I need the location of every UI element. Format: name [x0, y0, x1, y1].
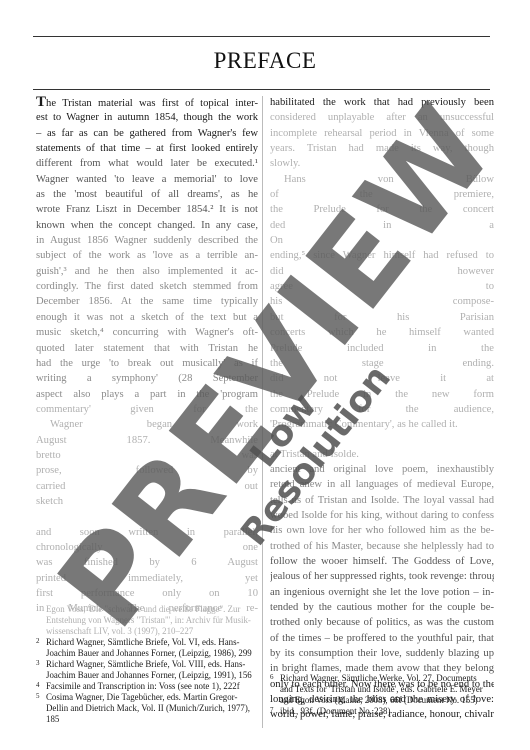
text-line: The Tristan material was first of topica… [36, 95, 258, 110]
text-line: chronologically one [36, 540, 258, 555]
text-line: first performance only on 10 [36, 586, 258, 601]
text-line: ancient and original love poem, inexhaus… [270, 462, 494, 477]
text-line-content: Prelude included in the [270, 343, 494, 354]
text-line: enough it was not a sketch of the text b… [36, 310, 258, 325]
text-line: had the urge 'to break out musically' as… [36, 356, 258, 371]
text-line-content: 'Programmatic Commentary', as he called … [270, 419, 458, 430]
text-line: incomplete rehearsal period in Vienna of… [270, 126, 494, 141]
text-line-content: his compose- [270, 296, 494, 307]
text-line: concerts which he himself wanted [270, 325, 494, 340]
text-line-content: – as far as can be gathered from Wagner'… [36, 128, 258, 139]
text-line-content: Wagner began work [50, 419, 258, 430]
text-line: his compose- [270, 294, 494, 309]
text-line-content: commentary' given for the [36, 404, 258, 415]
text-line: the Prelude in the new form [270, 387, 494, 402]
title-rule-top [33, 36, 490, 37]
text-line-content: habilitated the work that had previously… [270, 97, 494, 108]
text-line: agree to [270, 279, 494, 294]
text-line: the stage ending. [270, 356, 494, 371]
text-line: tended by the cautious mother for the co… [270, 600, 494, 615]
footnote-number: 3 [36, 658, 40, 669]
text-line: wooed Isolde for his king, without darin… [270, 508, 494, 523]
text-line: retold anew in all languages of medieval… [270, 477, 494, 492]
footnote-line: Dellin and Dietrich Mack, Vol. II (Munic… [46, 703, 258, 714]
text-line-content: of the times – be proffered to the youth… [270, 633, 494, 644]
text-line: printed immediately, yet [36, 571, 258, 586]
text-line: statements of that time – at first looke… [36, 141, 258, 156]
footnote: 5Cosima Wagner, Die Tagebücher, eds. Mar… [36, 692, 258, 725]
text-line: guish',³ and he then also implemented it… [36, 264, 258, 279]
text-line-content: as the 'most beautiful of all dreams', a… [36, 189, 258, 200]
text-line-content: concerts which he himself wanted [270, 327, 494, 338]
text-line-content: On [270, 235, 283, 246]
text-line-content: ded in a [270, 220, 494, 231]
footnote-line: Cosima Wagner, Die Tagebücher, eds. Mart… [46, 692, 258, 703]
text-line: was finished by 6 August [36, 555, 258, 570]
footnote-number: 2 [36, 636, 40, 647]
footnote-line: Richard Wagner, Sämtliche Werke, Vol. 27… [280, 673, 494, 684]
text-line-content: and soon written in parallel, [36, 527, 258, 538]
text-line: music sketch,⁴ concurring with Wagner's … [36, 325, 258, 340]
footnote: Egon Voss, 'Die "schwarze und die weiße … [36, 604, 258, 637]
text-line: commentary for the audience, [270, 402, 494, 417]
text-line-content: in August 1856 Wagner suddenly described… [36, 235, 258, 246]
title-rule-bottom [33, 89, 490, 90]
text-line: Wagner began work [36, 417, 258, 432]
text-line: On [270, 233, 494, 248]
text-line: known when the concept changed. In any c… [36, 218, 258, 233]
text-line-content: carried out [36, 481, 258, 492]
text-line-content: first performance only on 10 [36, 588, 258, 599]
text-line: ending,⁵ since Wagner himself had refuse… [270, 248, 494, 263]
text-line-content: Wagner wanted 'to leave a memorial' to l… [36, 174, 258, 185]
text-line: years. Tristan had made its way, though [270, 141, 494, 156]
text-line: trothed of his Master, because she helpl… [270, 539, 494, 554]
text-line: commentary' given for the [36, 402, 258, 417]
text-line-content: tended by the cautious mother for the co… [270, 602, 494, 613]
text-line: August 1857. Meanwhile [36, 433, 258, 448]
text-line: sketch [36, 494, 258, 509]
text-line-content: December 1856. At the same time typicall… [36, 296, 258, 307]
text-line-content: the Prelude in the new form [270, 389, 494, 400]
footnote-line: Richard Wagner, Sämtliche Briefe, Vol. V… [46, 637, 258, 648]
text-line-content: was finished by 6 August [36, 557, 258, 568]
footnote: 4Facsimile and Transcription in: Voss (s… [36, 681, 258, 692]
text-line: subject of the work as 'love as a terrib… [36, 248, 258, 263]
footnote-number: 4 [36, 680, 40, 691]
text-line-content: the stage ending. [270, 358, 494, 369]
text-line-content: follow the wooer himself. The Goddess of… [270, 556, 494, 567]
text-line-content: trothed of his Master, because she helpl… [270, 541, 494, 552]
text-line: Prelude included in the [270, 341, 494, 356]
text-line-content: bretto was [36, 450, 258, 461]
text-line: 'Programmatic Commentary', as he called … [270, 417, 494, 432]
text-line-content: but for his Parisian [270, 312, 494, 323]
text-line: Wagner wanted 'to leave a memorial' to l… [36, 172, 258, 187]
text-line-content: slowly. [270, 158, 300, 169]
text-line-content: writing a symphony' (28 September [36, 373, 258, 384]
text-line-content: printed immediately, yet [36, 573, 258, 584]
text-line: prose, followed by [36, 463, 258, 478]
footnote-line: wissenschaft LIV, vol. 3 (1997), 210–227 [46, 626, 258, 637]
text-line: as the 'most beautiful of all dreams', a… [36, 187, 258, 202]
right-column: habilitated the work that had previously… [270, 95, 494, 723]
text-line [270, 433, 494, 447]
text-line-content: had the urge 'to break out musically' as… [36, 358, 258, 369]
text-line: cordingly. The first dated sketch stemme… [36, 279, 258, 294]
text-line-content: ancient and original love poem, inexhaus… [270, 464, 494, 475]
text-line-content: music sketch,⁴ concurring with Wagner's … [36, 327, 258, 338]
left-column: The Tristan material was first of topica… [36, 95, 258, 617]
footnote-line: Egon Voss, 'Die "schwarze und die weiße … [46, 604, 258, 615]
text-line: an ingenious overnight she let the love … [270, 585, 494, 600]
text-line: Hans von Bülow [270, 172, 494, 187]
footnote: 7ibid., 93f. (Document No. 238) [270, 706, 494, 717]
footnote: 2Richard Wagner, Sämtliche Briefe, Vol. … [36, 637, 258, 659]
footnote-line: 185 [46, 714, 258, 725]
text-line-content: agree to [270, 281, 494, 292]
footnote: 6Richard Wagner, Sämtliche Werke, Vol. 2… [270, 673, 494, 706]
text-line: trothed only because of politics, as was… [270, 615, 494, 630]
footnote-number: 6 [270, 672, 274, 683]
text-line: bretto was [36, 448, 258, 463]
text-line-content: cordingly. The first dated sketch stemme… [36, 281, 258, 292]
footnote-line: and Texts for 'Tristan und Isolde', eds.… [280, 684, 494, 695]
text-line-content: he Tristan material was first of topical… [46, 98, 258, 109]
text-line: the Prelude for the concert [270, 202, 494, 217]
text-line-content: incomplete rehearsal period in Vienna of… [270, 128, 494, 139]
text-line: did however [270, 264, 494, 279]
text-line: aspect also plays a part in the 'program [36, 387, 258, 402]
page-title: PREFACE [0, 48, 530, 74]
text-line-content: jealous of her suppressed rights, took r… [270, 571, 494, 582]
text-line-content: sketch [36, 496, 63, 507]
text-line: his own love for her who followed him as… [270, 523, 494, 538]
text-line [36, 509, 258, 524]
footnote-line: Joachim Bauer and Johannes Forner, (Leip… [46, 648, 258, 659]
text-line-content: quoted later statement that with Tristan… [36, 343, 258, 354]
text-line-content: aspect also plays a part in the 'program [36, 389, 258, 400]
text-line: in August 1856 Wagner suddenly described… [36, 233, 258, 248]
text-line-content: by its consumption their love, suddenly … [270, 648, 494, 659]
footnote-line: Entstehung von Wagners "Tristan"', in: A… [46, 615, 258, 626]
text-line-content: August 1857. Meanwhile [36, 435, 258, 446]
text-line: est to Wagner in autumn 1854, though the… [36, 110, 258, 125]
text-line: – as far as can be gathered from Wagner'… [36, 126, 258, 141]
text-line-content: his own love for her who followed him as… [270, 525, 494, 536]
text-line-content: subject of the work as 'love as a terrib… [36, 250, 258, 261]
footnote-number: 5 [36, 691, 40, 702]
text-line: quoted later statement that with Tristan… [36, 341, 258, 356]
text-line: slowly. [270, 156, 494, 171]
text-line: and soon written in parallel, [36, 525, 258, 540]
text-line: by its consumption their love, suddenly … [270, 646, 494, 661]
footnote-line: and Egon Voss (Mainz, 2008), 66f (Docume… [280, 695, 494, 706]
text-line: different from what would later be execu… [36, 156, 258, 171]
footnote-line: Joachim Bauer and Johannes Forner, (Leip… [46, 670, 258, 681]
text-line-content: statements of that time – at first looke… [36, 143, 258, 154]
text-line: of the premiere, [270, 187, 494, 202]
text-line-content: at Tristan and Isolde. [270, 449, 359, 460]
text-line-content: enough it was not a sketch of the text b… [36, 312, 258, 323]
text-line-content: years. Tristan had made its way, though [270, 143, 494, 154]
text-line: did not leave it at [270, 371, 494, 386]
footnote-line: Facsimile and Transcription in: Voss (se… [46, 681, 258, 692]
text-line-content: wrote Franz Liszt in December 1854.² It … [36, 204, 258, 215]
text-line-content: wooed Isolde for his king, without darin… [270, 510, 494, 521]
text-line-content: of the premiere, [270, 189, 494, 200]
text-line: wrote Franz Liszt in December 1854.² It … [36, 202, 258, 217]
text-line-content: considered unplayable after an unsuccess… [270, 112, 494, 123]
text-line: at Tristan and Isolde. [270, 447, 494, 462]
text-line: ded in a [270, 218, 494, 233]
text-line-content: guish',³ and he then also implemented it… [36, 266, 258, 277]
text-line-content: different from what would later be execu… [36, 158, 258, 169]
text-line: writing a symphony' (28 September [36, 371, 258, 386]
footnote: 3Richard Wagner, Sämtliche Briefe, Vol. … [36, 659, 258, 681]
text-line-content: tells us of Tristan and Isolde. The loya… [270, 495, 494, 506]
footnote-number: 7 [270, 705, 274, 716]
text-line: considered unplayable after an unsuccess… [270, 110, 494, 125]
text-line-content: est to Wagner in autumn 1854, though the… [36, 112, 258, 123]
text-line: but for his Parisian [270, 310, 494, 325]
footnotes-left: Egon Voss, 'Die "schwarze und die weiße … [36, 604, 258, 725]
text-line-content: chronologically one [36, 542, 258, 553]
footnotes-right: 6Richard Wagner, Sämtliche Werke, Vol. 2… [270, 673, 494, 717]
text-line-content: the Prelude for the concert [270, 204, 494, 215]
footnote-line: ibid., 93f. (Document No. 238) [280, 706, 494, 717]
text-line: follow the wooer himself. The Goddess of… [270, 554, 494, 569]
text-line: jealous of her suppressed rights, took r… [270, 569, 494, 584]
text-line-content: trothed only because of politics, as was… [270, 617, 494, 628]
text-line-content: an ingenious overnight she let the love … [270, 587, 494, 598]
text-line: tells us of Tristan and Isolde. The loya… [270, 493, 494, 508]
text-line-content: prose, followed by [36, 465, 258, 476]
column-divider [262, 96, 263, 728]
text-line: habilitated the work that had previously… [270, 95, 494, 110]
text-line-content: commentary for the audience, [270, 404, 494, 415]
text-line: December 1856. At the same time typicall… [36, 294, 258, 309]
text-line-content: ending,⁵ since Wagner himself had refuse… [270, 250, 494, 261]
text-line-content: known when the concept changed. In any c… [36, 220, 258, 231]
text-line-content: did however [270, 266, 494, 277]
text-line: of the times – be proffered to the youth… [270, 631, 494, 646]
text-line-content: did not leave it at [270, 373, 494, 384]
drop-cap: T [36, 95, 46, 110]
text-line: carried out [36, 479, 258, 494]
text-line-content: retold anew in all languages of medieval… [270, 479, 494, 490]
text-line-content: Hans von Bülow [284, 174, 494, 185]
footnote-line: Richard Wagner, Sämtliche Briefe, Vol. V… [46, 659, 258, 670]
